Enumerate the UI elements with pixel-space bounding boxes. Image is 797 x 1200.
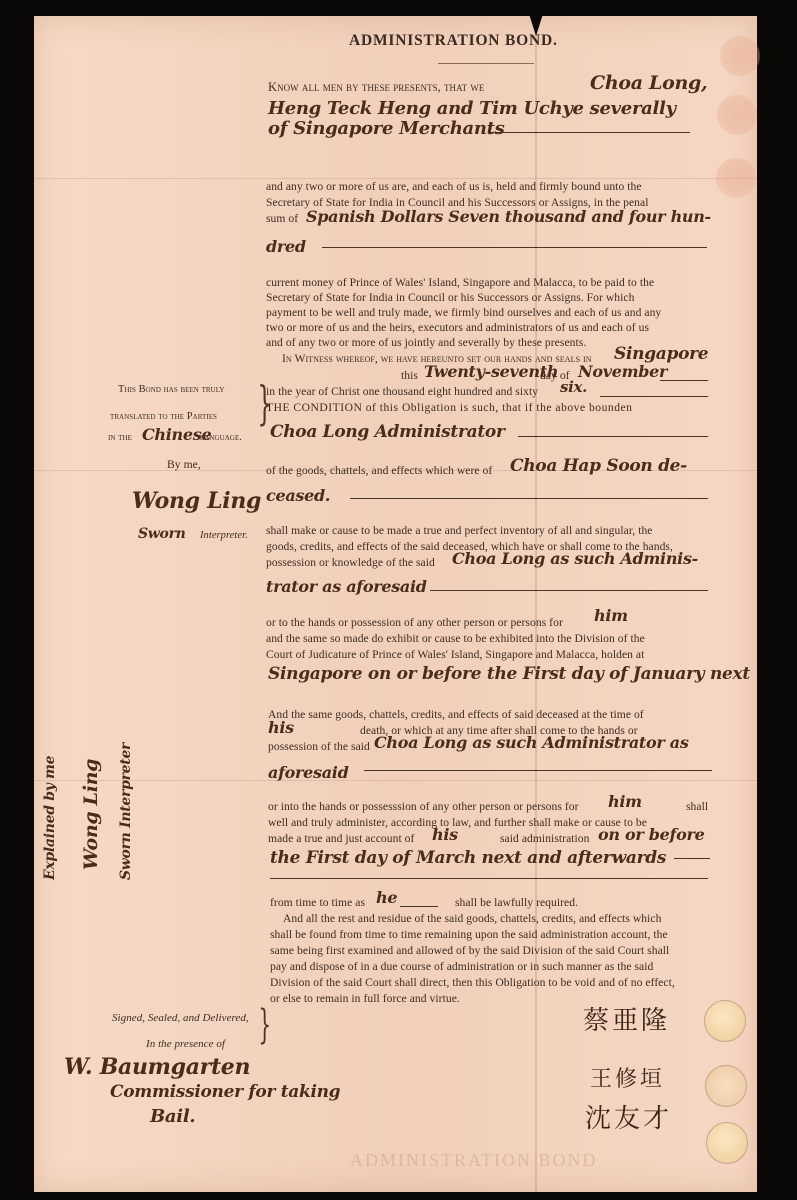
fill-line — [364, 770, 712, 771]
translation-note-line1: This Bond has been truly — [118, 384, 224, 395]
chinese-signature-2: 王修垣 — [590, 1062, 665, 1093]
faint-seal-mark — [717, 95, 757, 135]
condition-date-handwritten: Singapore on or before the First day of … — [268, 664, 750, 684]
para4-his-handwritten: his — [432, 825, 458, 844]
condition-deceased-cont: ceased. — [266, 486, 330, 505]
witness-title-bail: Bail. — [150, 1106, 195, 1127]
para4-line1-end: shall — [686, 800, 708, 813]
signed-sealed-label: Signed, Sealed, and Delivered, — [112, 1012, 249, 1024]
fill-line — [674, 858, 710, 859]
fill-line — [490, 132, 690, 133]
para1-line3-printed: sum of — [266, 212, 298, 225]
intro-handwritten-names-1: Choa Long, — [590, 72, 707, 94]
fold-crease — [34, 178, 757, 179]
fold-crease — [34, 780, 757, 781]
para5-line: shall be found from time to time remaini… — [270, 928, 668, 941]
para1-sum-handwritten-cont: dred — [266, 237, 306, 256]
brace-bracket: } — [258, 1002, 271, 1048]
chinese-signature-1: 蔡亜隆 — [583, 1000, 670, 1037]
witness-place-handwritten: Singapore — [614, 344, 708, 364]
translation-note-line2: translated to the Parties — [110, 411, 217, 422]
para3-his-handwritten: his — [268, 718, 294, 737]
fill-line — [400, 906, 438, 907]
condition-line3: shall make or cause to be made a true an… — [266, 524, 653, 537]
interpreter-sworn-handwritten: Sworn — [138, 526, 186, 542]
condition-line6: or to the hands or possession of any oth… — [266, 616, 563, 629]
margin-explained-note: Explained by me — [42, 756, 58, 880]
witness-title-handwritten: Commissioner for taking — [110, 1082, 340, 1102]
para2-line: Secretary of State for India in Council … — [266, 291, 634, 304]
document-title: ADMINISTRATION BOND. — [349, 32, 558, 50]
wax-seal — [704, 1000, 746, 1042]
fill-line — [518, 436, 708, 437]
margin-sworn-interpreter: Sworn Interpreter — [118, 743, 134, 880]
fill-line — [660, 380, 708, 381]
translation-note-line3-post: language. — [200, 432, 242, 443]
interpreter-label: Interpreter. — [200, 530, 248, 541]
para4-line3: made a true and just account of — [268, 832, 414, 845]
para3-line1: And the same goods, chattels, credits, a… — [268, 708, 644, 721]
condition-line2: of the goods, chattels, and effects whic… — [266, 464, 492, 477]
para5-line: same being first examined and allowed of… — [270, 944, 669, 957]
para4-line5-end: shall be lawfully required. — [455, 896, 578, 909]
condition-line5: possession or knowledge of the said — [266, 556, 435, 569]
fill-line — [322, 247, 707, 248]
witness-signature: W. Baumgarten — [64, 1054, 250, 1080]
para4-line5: from time to time as — [270, 896, 365, 909]
chinese-signature-3: 沈友才 — [585, 1098, 672, 1135]
para4-line3-mid: said administration — [500, 832, 590, 845]
para1-sum-handwritten: Spanish Dollars Seven thousand and four … — [306, 207, 711, 226]
witness-year-printed: in the year of Christ one thousand eight… — [266, 385, 538, 398]
wax-seal — [705, 1065, 747, 1107]
para5-line: And all the rest and residue of the said… — [283, 912, 661, 925]
para5-line: Division of the said Court shall direct,… — [270, 976, 675, 989]
para4-march-handwritten: the First day of March next and afterwar… — [270, 848, 666, 868]
fill-line — [600, 396, 708, 397]
condition-him-handwritten: him — [594, 606, 628, 625]
witness-day-handwritten: Twenty-seventh — [424, 362, 558, 381]
witness-month-handwritten: November — [578, 362, 667, 381]
condition-line1: THE CONDITION of this Obligation is such… — [266, 401, 632, 414]
wax-seal — [706, 1122, 748, 1164]
title-rule — [438, 63, 534, 64]
para2-line: and of any two or more of us jointly and… — [266, 336, 586, 349]
interpreter-signature: Wong Ling — [132, 488, 261, 514]
intro-printed: Know all men by these presents, that we — [268, 80, 484, 95]
condition-deceased-handwritten: Choa Hap Soon de- — [510, 456, 687, 476]
intro-handwritten-names-2: Heng Teck Heng and Tim Uchye severally — [268, 98, 676, 119]
condition-line7: and the same so made do exhibit or cause… — [266, 632, 645, 645]
condition-administrator-handwritten: Choa Long Administrator — [270, 422, 505, 442]
para4-line1: or into the hands or possesssion of any … — [268, 800, 579, 813]
para3-administrator-handwritten: Choa Long as such Administrator as — [374, 733, 689, 752]
watermark-text: ADMINISTRATION BOND — [350, 1150, 598, 1171]
para4-he-handwritten: he — [376, 888, 397, 907]
para2-line: payment to be well and truly made, we fi… — [266, 306, 661, 319]
margin-interpreter-signature: Wong Ling — [80, 759, 102, 870]
para5-line: or else to remain in full force and virt… — [270, 992, 460, 1005]
translation-note-line3-pre: in the — [108, 432, 132, 443]
para4-him-handwritten: him — [608, 792, 642, 811]
fill-line — [350, 498, 708, 499]
fill-line — [270, 878, 708, 879]
condition-aforesaid-handwritten: trator as aforesaid — [266, 577, 427, 596]
para2-line: two or more of us and the heirs, executo… — [266, 321, 649, 334]
para3-aforesaid-handwritten: aforesaid — [268, 763, 348, 782]
witness-this: this — [401, 369, 418, 382]
by-me-label: By me, — [167, 458, 201, 471]
faint-seal-mark — [720, 36, 760, 76]
witness-year-handwritten: six. — [560, 378, 587, 396]
para4-deadline-handwritten: on or before — [598, 825, 704, 844]
para2-line: current money of Prince of Wales' Island… — [266, 276, 654, 289]
in-presence-label: In the presence of — [146, 1038, 225, 1050]
condition-line8: Court of Judicature of Prince of Wales' … — [266, 648, 644, 661]
faint-seal-mark — [716, 158, 756, 198]
para3-line3: possession of the said — [268, 740, 370, 753]
condition-administrator-handwritten-2: Choa Long as such Adminis- — [452, 549, 698, 568]
intro-handwritten-names-3: of Singapore Merchants — [268, 118, 505, 139]
para5-line: pay and dispose of in a due course of ad… — [270, 960, 653, 973]
fill-line — [430, 590, 708, 591]
para1-line1: and any two or more of us are, and each … — [266, 180, 642, 193]
